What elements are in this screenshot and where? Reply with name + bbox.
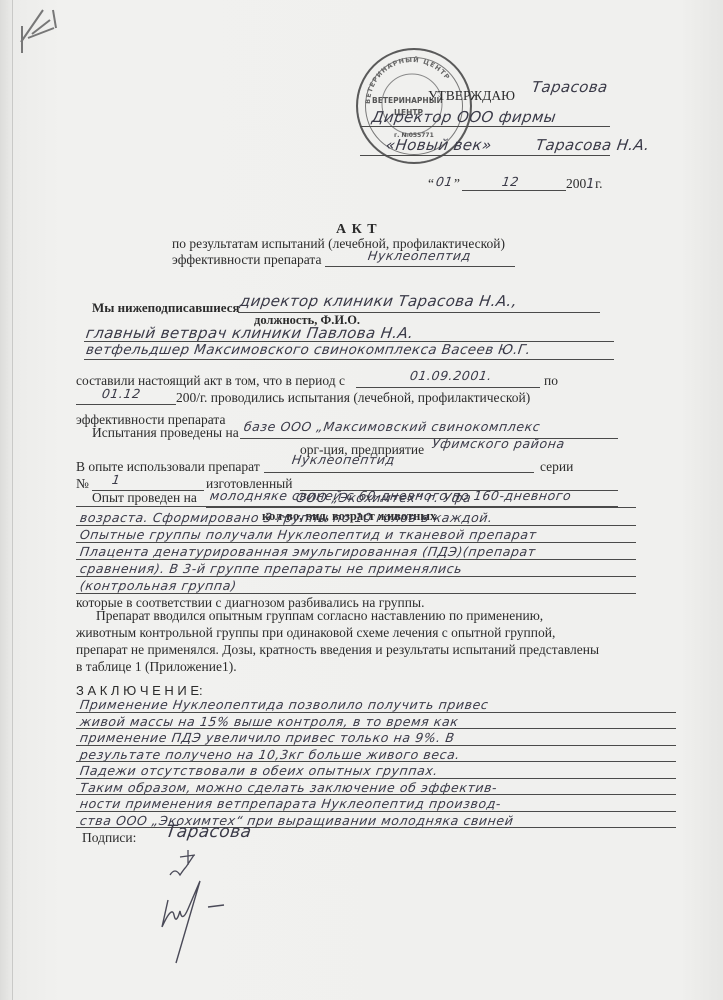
approval-year: 2001г. [566, 176, 603, 193]
experiment-label: Опыт проведен на [92, 490, 197, 506]
approver-company: «Новый век» [385, 136, 493, 154]
procedure-line: в таблице 1 (Приложение1). [76, 659, 237, 675]
conclusion-line: Таким образом, можно сделать заключение … [79, 780, 498, 795]
period-from: 01.09.2001. [409, 368, 493, 383]
location-value: базе ООО „Максимовский свинокомплекс [243, 419, 542, 434]
signature-marks-icon [150, 845, 260, 965]
series-number: 1 [111, 472, 122, 487]
conclusion-line: ства ООО „Экохимтех“ при выращивании мол… [79, 813, 515, 828]
conclusion-line: живой массы на 15% выше контроля, в то в… [79, 714, 460, 729]
signatures-label: Подписи: [82, 830, 136, 846]
conclusion-line: применение ПДЭ увеличило привес только н… [79, 730, 456, 745]
signatory-3: ветфельдшер Максимовского свинокомплекса… [85, 342, 532, 358]
document-page: ВЕТЕРИНАРНЫЙ ЦЕНТР ВЕТЕРИНАРНЫЙ ЦЕНТР г.… [0, 0, 723, 1000]
approval-month: 12 [501, 174, 520, 189]
signatory-2: главный ветврач клиники Павлова Н.А. [85, 324, 415, 342]
period-year-text: 200/г. проводились испытания (лечебной, … [176, 390, 530, 406]
approval-day: 01 [435, 174, 454, 189]
signature-1: Тарасова [165, 822, 253, 842]
period-to: 01.12 [101, 386, 142, 401]
experiment-line: (контрольная группа) [79, 578, 238, 593]
preparation-used: Нуклеопептид [291, 452, 396, 467]
approver-signature: Тарасова [531, 78, 609, 96]
scan-edge [12, 0, 13, 1000]
conclusion-line: Применение Нуклеопептида позволило получ… [79, 697, 490, 712]
preparation-label: В опыте использовали препарат [76, 459, 260, 475]
signatory-1: директор клиники Тарасова Н.А., [239, 292, 519, 310]
procedure-line: препарат не применялся. Дозы, кратность … [76, 642, 599, 658]
act-subtitle-label: эффективности препарата [172, 252, 321, 268]
experiment-line: Опытные группы получали Нуклеопептид и т… [79, 527, 538, 542]
procedure-line: Препарат вводился опытным группам соглас… [96, 608, 543, 624]
experiment-line1: молодняке свиней с 60-дневного по 160-дн… [209, 488, 573, 503]
corner-pen-mark-icon [18, 8, 68, 53]
location-label: Испытания проведены на [92, 425, 239, 441]
experiment-line: Плацента денатурированная эмульгированна… [79, 544, 537, 559]
signatories-label: Мы нижеподписавшиеся [92, 300, 240, 316]
conclusion-line: ности применения ветпрепарата Нуклеопепт… [79, 796, 502, 811]
approve-label: УТВЕРЖДАЮ [428, 88, 515, 104]
approver-position: Директор ООО фирмы [371, 108, 558, 126]
conclusion-line: результате получено на 10,3кг больше жив… [79, 747, 461, 762]
approver-name: Тарасова Н.А. [535, 136, 651, 154]
experiment-line: сравнения). В 3-й группе препараты не пр… [79, 561, 463, 576]
procedure-line: животным контрольной группы при одинаков… [76, 625, 555, 641]
conclusion-line: Падежи отсутствовали в обеих опытных гру… [79, 763, 439, 778]
location-region: Уфимского района [431, 436, 566, 451]
experiment-line: возраста. Сформировано 3 группы по 10 го… [79, 510, 494, 525]
preparation-name: Нуклеопептид [367, 248, 472, 263]
